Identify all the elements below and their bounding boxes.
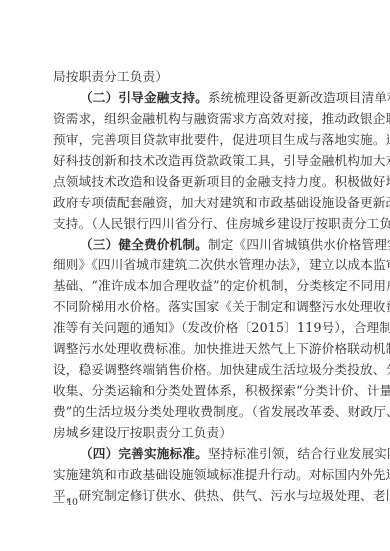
- text-line: 好科技创新和技术改造再贷款政策工具，引导金融机构加大对重: [53, 151, 349, 172]
- document-body: 局按职责分工负责） （二）引导金融支持。系统梳理设备更新改造项目清单和融 资需求…: [53, 67, 349, 507]
- text-line: 房城乡建设厅按职责分工负责）: [53, 423, 349, 444]
- text-line: 局按职责分工负责）: [53, 67, 349, 88]
- text-line: 平，研究制定修订供水、供热、供气、污水与垃圾处理、老旧设: [53, 486, 349, 507]
- section-heading: （三）健全费价机制。: [80, 237, 208, 252]
- text-line: 实施建筑和市政基础设施领域标准提升行动。对标国内外先进水: [53, 465, 349, 486]
- line-text: 资需求，组织金融机构与融资需求方高效对接，推动政银企联合: [53, 111, 390, 126]
- line-text: 点领域技术改造和设备更新项目的金融支持力度。积极做好地方: [53, 174, 390, 189]
- line-text: 设，稳妥调整终端销售价格。加快建成生活垃圾分类投放、分类: [53, 362, 390, 377]
- text-line: 准等有关问题的通知》（发改价格〔2015〕119号），合理制定和: [53, 318, 349, 339]
- line-text: 收集、分类运输和分类处置体系，积极探索“分类计价、计量收: [53, 383, 390, 398]
- text-line: 点领域技术改造和设备更新项目的金融支持力度。积极做好地方: [53, 172, 349, 193]
- text-line: 收集、分类运输和分类处置体系，积极探索“分类计价、计量收: [53, 381, 349, 402]
- section-heading-line: （二）引导金融支持。系统梳理设备更新改造项目清单和融: [53, 88, 349, 109]
- line-text: 制定《四川省城镇供水价格管理实施: [208, 237, 390, 252]
- line-text: 房城乡建设厅按职责分工负责）: [53, 425, 232, 440]
- text-line: 设，稳妥调整终端销售价格。加快建成生活垃圾分类投放、分类: [53, 360, 349, 381]
- line-text: 准等有关问题的通知》（发改价格〔2015〕119号），合理制定和: [53, 320, 390, 335]
- line-text: 系统梳理设备更新改造项目清单和融: [208, 90, 390, 105]
- page-number: — 10: [53, 496, 78, 508]
- text-line: 费”的生活垃圾分类处理收费制度。（省发展改革委、财政厅、住: [53, 402, 349, 423]
- line-text: 细则》《四川省城市建筑二次供水管理办法》，建立以成本监审为: [53, 257, 390, 272]
- section-heading: （二）引导金融支持。: [80, 90, 208, 105]
- text-line: 资需求，组织金融机构与融资需求方高效对接，推动政银企联合: [53, 109, 349, 130]
- line-text: 支持。（人民银行四川省分行、住房城乡建设厅按职责分工负责）: [53, 216, 390, 231]
- section-heading: （四）完善实施标准。: [80, 446, 208, 461]
- line-text: 局按职责分工负责）: [53, 69, 168, 84]
- text-line: 政府专项债配套融资，加大对建筑和市政基础设施设备更新改造: [53, 193, 349, 214]
- text-line: 不同阶梯用水价格。落实国家《关于制定和调整污水处理收费标: [53, 297, 349, 318]
- line-text: 好科技创新和技术改造再贷款政策工具，引导金融机构加大对重: [53, 153, 390, 168]
- text-line: 预审，完善项目贷款审批要件，促进项目生成与落地实施。运用: [53, 130, 349, 151]
- line-text: 基础、“准许成本加合理收益”的定价机制，分类核定不同用户、: [53, 278, 390, 293]
- line-text: 实施建筑和市政基础设施领域标准提升行动。对标国内外先进水: [53, 467, 390, 482]
- line-text: 费”的生活垃圾分类处理收费制度。（省发展改革委、财政厅、住: [53, 404, 390, 419]
- line-text: 不同阶梯用水价格。落实国家《关于制定和调整污水处理收费标: [53, 299, 390, 314]
- line-text: 预审，完善项目贷款审批要件，促进项目生成与落地实施。运用: [53, 132, 390, 147]
- text-line: 细则》《四川省城市建筑二次供水管理办法》，建立以成本监审为: [53, 255, 349, 276]
- text-line: 调整污水处理收费标准。加快推进天然气上下游价格联动机制建: [53, 339, 349, 360]
- line-text: 平，研究制定修订供水、供热、供气、污水与垃圾处理、老旧设: [53, 488, 390, 503]
- text-line: 基础、“准许成本加合理收益”的定价机制，分类核定不同用户、: [53, 276, 349, 297]
- text-line: 支持。（人民银行四川省分行、住房城乡建设厅按职责分工负责）: [53, 214, 349, 235]
- section-heading-line: （四）完善实施标准。坚持标准引领，结合行业发展实际，: [53, 444, 349, 465]
- line-text: 调整污水处理收费标准。加快推进天然气上下游价格联动机制建: [53, 341, 390, 356]
- line-text: 坚持标准引领，结合行业发展实际，: [208, 446, 390, 461]
- line-text: 政府专项债配套融资，加大对建筑和市政基础设施设备更新改造: [53, 195, 390, 210]
- section-heading-line: （三）健全费价机制。制定《四川省城镇供水价格管理实施: [53, 235, 349, 256]
